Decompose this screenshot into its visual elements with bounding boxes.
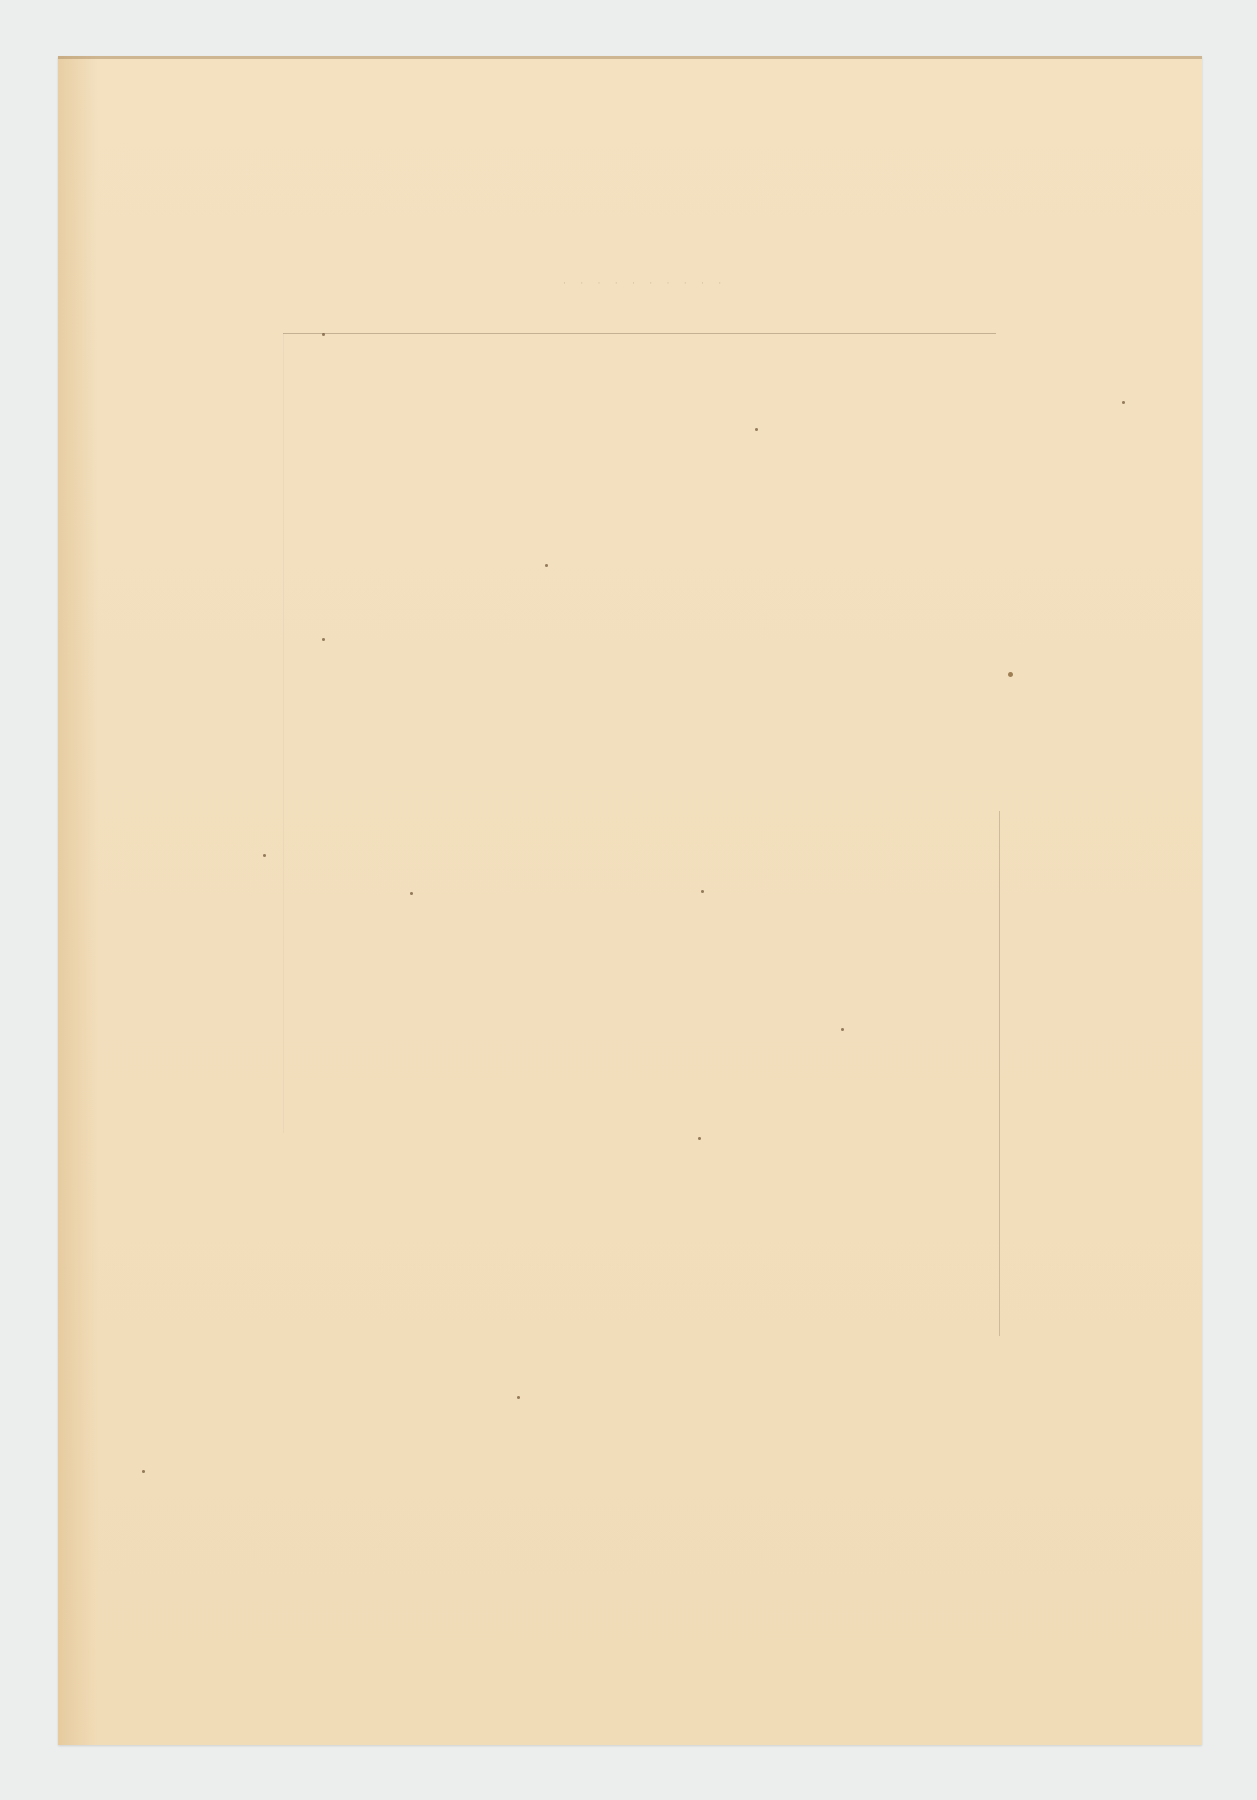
speck bbox=[698, 1137, 701, 1140]
speck bbox=[755, 428, 758, 431]
speck bbox=[142, 1470, 145, 1473]
speck bbox=[1008, 672, 1013, 677]
faded-caption: · · · · · · · · · · bbox=[563, 278, 783, 288]
speck bbox=[545, 564, 548, 567]
speck bbox=[841, 1028, 844, 1031]
speck bbox=[322, 638, 325, 641]
plate-mark-right bbox=[999, 811, 1000, 1336]
speck bbox=[322, 333, 325, 336]
speck bbox=[263, 854, 266, 857]
speck bbox=[517, 1396, 520, 1399]
plate-mark-left bbox=[283, 333, 284, 1133]
speck bbox=[410, 892, 413, 895]
speck bbox=[1122, 401, 1125, 404]
plate-mark-top bbox=[283, 333, 996, 334]
speck bbox=[701, 890, 704, 893]
paper-sheet: · · · · · · · · · · bbox=[58, 56, 1202, 1745]
